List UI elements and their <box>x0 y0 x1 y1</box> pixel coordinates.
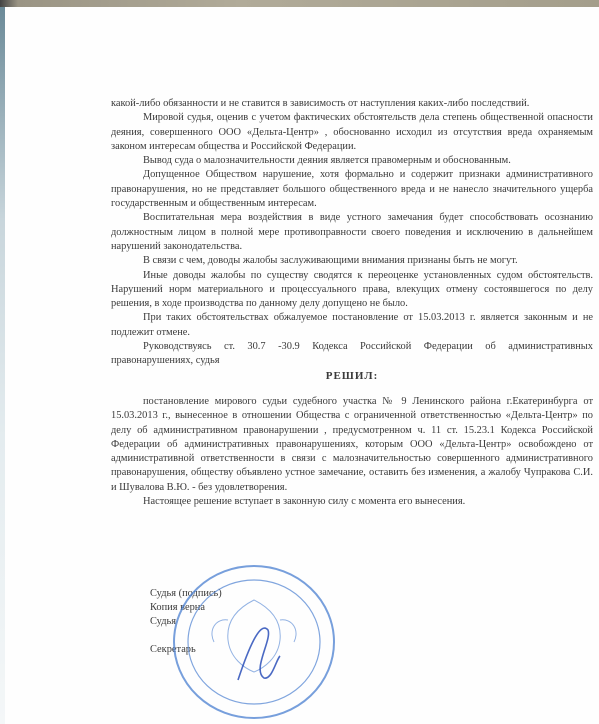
court-stamp-icon <box>168 560 340 720</box>
paragraph: Вывод суда о малозначительности деяния я… <box>111 154 593 168</box>
paragraph: Воспитательная мера воздействия в виде у… <box>111 211 593 254</box>
paragraph: В связи с чем, доводы жалобы заслуживающ… <box>111 254 593 268</box>
paragraph: Мировой судья, оценив с учетом фактическ… <box>111 111 593 154</box>
paragraph: При таких обстоятельствах обжалуемое пос… <box>111 311 593 340</box>
decision-paragraph: постановление мирового судьи судебного у… <box>111 395 593 495</box>
decision-heading: РЕШИЛ: <box>111 369 593 383</box>
decision-paragraph: Настоящее решение вступает в законную си… <box>111 495 593 509</box>
scan-left-edge <box>0 7 5 724</box>
paragraph: Допущенное Обществом нарушение, хотя фор… <box>111 168 593 211</box>
paragraph: Иные доводы жалобы по существу сводятся … <box>111 269 593 312</box>
document-page: какой-либо обязанности и не ставится в з… <box>111 97 593 509</box>
paragraph: какой-либо обязанности и не ставится в з… <box>111 97 593 111</box>
paragraph: Руководствуясь ст. 30.7 -30.9 Кодекса Ро… <box>111 340 593 369</box>
scan-top-edge <box>0 0 599 7</box>
